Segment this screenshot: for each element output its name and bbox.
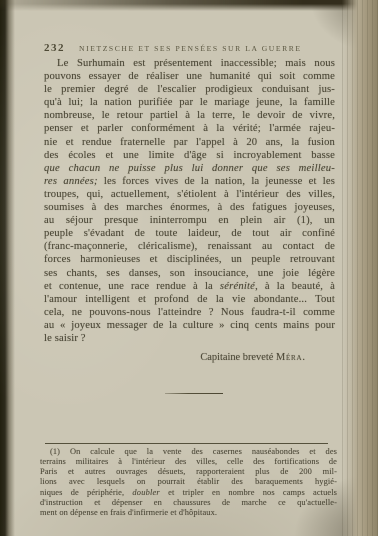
text-line: d'instruction et dépenser en chaussures …: [40, 498, 337, 508]
text-line: cela, ne pouvons-nous l'atteindre ? Nous…: [44, 306, 335, 319]
text-line: troupes, qui, actuellement, s'étiolent à…: [44, 188, 335, 201]
text-line: res années; les forces vives de la natio…: [44, 175, 335, 188]
text-line: au séjour presque ininterrompu en plein …: [44, 214, 335, 227]
page-number: 232: [44, 42, 65, 54]
text-line: et contenue, une race rendue à la séréni…: [44, 280, 335, 293]
page-top-edge: [0, 0, 378, 11]
text-line: que chacun ne puisse plus lui donner que…: [44, 162, 335, 175]
text-line: l'amour intelligent et profond de la vie…: [44, 293, 335, 306]
footnote-rule: [45, 443, 328, 444]
body-text: Le Surhumain est présentement inaccessib…: [44, 57, 335, 345]
text-line: des écoles et une limite d'âge si incroy…: [44, 149, 335, 162]
text-line: peuple s'évadant de toute laideur, de to…: [44, 227, 335, 240]
text-line: le premier degré de l'escalier prodigieu…: [44, 83, 335, 96]
signature-period: .: [302, 352, 305, 363]
text-line: ment on dépense en frais d'infirmerie et…: [40, 508, 337, 518]
text-line: niques de périphérie, doubler et tripler…: [40, 488, 337, 498]
book-photo: 232NIETZSCHE ET SES PENSÉES SUR LA GUERR…: [0, 0, 378, 536]
text-line: Paris et autres ouvrages désuets, rappor…: [40, 467, 337, 477]
page-right-edge: [342, 0, 378, 536]
text-line: au « joyeux messager de la culture » cin…: [44, 319, 335, 332]
page-header: 232NIETZSCHE ET SES PENSÉES SUR LA GUERR…: [44, 38, 336, 52]
text-line: penser et parler conformément à la vérit…: [44, 122, 335, 135]
text-line: ses chants, ses danses, son insouciance,…: [44, 267, 335, 280]
text-line: terrains militaires à l'intérieur des vi…: [40, 457, 337, 467]
text-line: soumises à des marches énormes, à des fa…: [44, 201, 335, 214]
text-line: (1) On calcule que la vente des casernes…: [40, 447, 337, 457]
signature-rank: Capitaine breveté: [200, 352, 276, 363]
section-divider: [165, 393, 223, 394]
text-line: pouvons essayer de réaliser une humanité…: [44, 70, 335, 83]
text-line: nie et rendue fraternelle par l'appel à …: [44, 136, 335, 149]
text-line: le saisir ?: [44, 332, 335, 345]
text-line: Le Surhumain est présentement inaccessib…: [44, 57, 335, 70]
text-line: (franc-maçonnerie, cléricalisme), renais…: [44, 240, 335, 253]
author-name: Méra: [276, 352, 302, 363]
signature-line: Capitaine breveté Méra.: [44, 352, 335, 363]
text-line: lions avec lesquels on pourrait établir …: [40, 477, 337, 487]
running-title: NIETZSCHE ET SES PENSÉES SUR LA GUERRE: [79, 44, 302, 53]
text-line: nombreuse, le retour partiel à la terre,…: [44, 109, 335, 122]
footnote-text: (1) On calcule que la vente des casernes…: [40, 447, 337, 518]
text-line: forces harmonieuses et disciplinées, un …: [44, 253, 335, 266]
text-line: qu'à lui; la nation purifiée par le mari…: [44, 96, 335, 109]
